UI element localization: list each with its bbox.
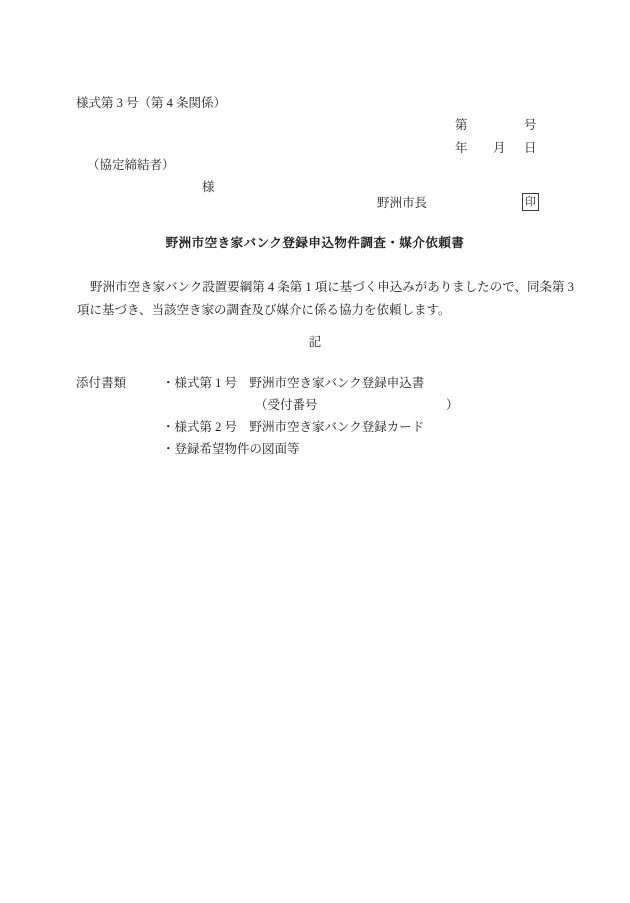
attachment-item-form2: ・様式第 2 号 野洲市空き家バンク登録カード bbox=[162, 420, 424, 435]
date-month-label: 月 bbox=[493, 141, 506, 156]
doc-number-suffix: 号 bbox=[524, 118, 537, 133]
body-paragraph-line-2: 項に基づき、当該空き家の調査及び媒介に係る協力を依頼します。 bbox=[77, 303, 451, 318]
attachment-item-form1: ・様式第 1 号 野洲市空き家バンク登録申込書 bbox=[162, 376, 424, 391]
receipt-number-label: （受付番号 bbox=[255, 398, 318, 413]
date-day-label: 日 bbox=[524, 141, 537, 156]
addressee-note: （協定締結者） bbox=[87, 158, 175, 173]
section-marker-ki: 記 bbox=[0, 335, 630, 350]
sender-title: 野洲市長 bbox=[377, 196, 427, 211]
attachments-label: 添付書類 bbox=[76, 376, 126, 391]
receipt-number-close-paren: ） bbox=[446, 398, 459, 413]
body-paragraph-line-1: 野洲市空き家バンク設置要綱第 4 条第 1 項に基づく申込みがありましたので、同… bbox=[77, 280, 574, 295]
seal-stamp-box: 印 bbox=[522, 193, 539, 211]
attachment-item-drawings: ・登録希望物件の図面等 bbox=[162, 442, 300, 457]
document-page: 様式第 3 号（第 4 条関係） 第 号 年 月 日 （協定締結者） 様 野洲市… bbox=[0, 0, 630, 903]
doc-number-prefix: 第 bbox=[455, 118, 468, 133]
date-year-label: 年 bbox=[455, 141, 468, 156]
addressee-honorific: 様 bbox=[202, 180, 215, 195]
form-number-label: 様式第 3 号（第 4 条関係） bbox=[76, 96, 226, 111]
seal-label: 印 bbox=[525, 196, 536, 208]
page-title: 野洲市空き家バンク登録申込物件調査・媒介依頼書 bbox=[0, 236, 630, 251]
